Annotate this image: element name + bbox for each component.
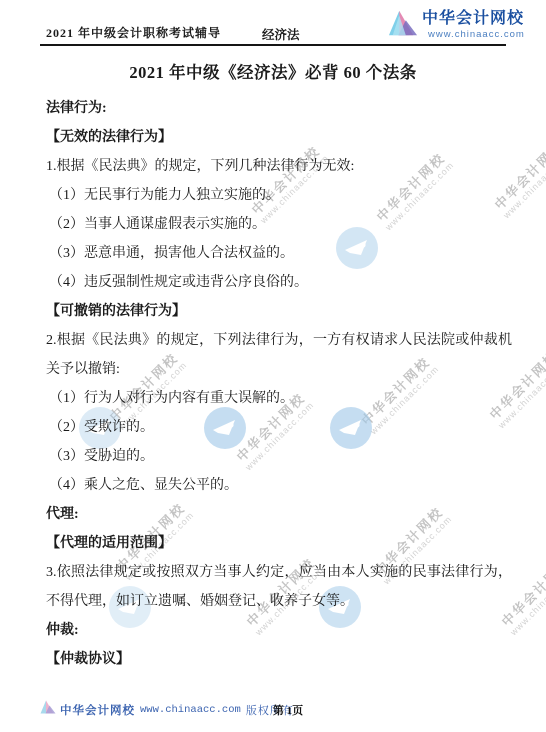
footer-logo-icon bbox=[40, 700, 56, 719]
footer-site-name: 中华会计网校 bbox=[60, 702, 135, 718]
header-divider bbox=[40, 44, 506, 46]
section-label: 仲裁: bbox=[46, 616, 512, 645]
list-item: （2）当事人通谋虚假表示实施的。 bbox=[46, 210, 512, 239]
logo-url: www.chinaacc.com bbox=[422, 29, 525, 40]
list-item: （1）无民事行为能力人独立实施的。 bbox=[46, 181, 512, 210]
numbered-clause: 1.根据《民法典》的规定，下列几种法律行为无效: bbox=[46, 152, 512, 181]
footer-url: www.chinaacc.com bbox=[140, 704, 241, 716]
topic-heading: 【无效的法律行为】 bbox=[46, 123, 512, 152]
page-number: 第 1页 bbox=[258, 702, 318, 718]
section-label: 法律行为: bbox=[46, 94, 512, 123]
section-label: 代理: bbox=[46, 500, 512, 529]
topic-heading: 【仲裁协议】 bbox=[46, 645, 512, 674]
document-body: 法律行为: 【无效的法律行为】 1.根据《民法典》的规定，下列几种法律行为无效:… bbox=[46, 94, 512, 674]
logo-mountain-icon bbox=[388, 9, 418, 42]
footer: 中华会计网校 www.chinaacc.com 版权所有 第 1页 bbox=[40, 700, 506, 720]
logo-name: 中华会计网校 bbox=[422, 9, 525, 29]
list-item: （4）乘人之危、显失公平的。 bbox=[46, 471, 512, 500]
list-item: （2）受欺诈的。 bbox=[46, 413, 512, 442]
page-title: 2021 年中级《经济法》必背 60 个法条 bbox=[0, 59, 546, 83]
site-logo: 中华会计网校 www.chinaacc.com bbox=[388, 9, 525, 42]
numbered-clause: 3.依照法律规定或按照双方当事人约定，应当由本人实施的民事法律行为，不得代理，如… bbox=[46, 558, 512, 616]
list-item: （1）行为人对行为内容有重大误解的。 bbox=[46, 384, 512, 413]
list-item: （3）恶意串通，损害他人合法权益的。 bbox=[46, 239, 512, 268]
header-course-label: 2021 年中级会计职称考试辅导 bbox=[46, 24, 221, 41]
list-item: （4）违反强制性规定或违背公序良俗的。 bbox=[46, 268, 512, 297]
topic-heading: 【代理的适用范围】 bbox=[46, 529, 512, 558]
list-item: （3）受胁迫的。 bbox=[46, 442, 512, 471]
numbered-clause: 2.根据《民法典》的规定，下列法律行为，一方有权请求人民法院或仲裁机关予以撤销: bbox=[46, 326, 512, 384]
document-page: 中华会计网校www.chinaacc.com中华会计网校www.chinaacc… bbox=[0, 0, 546, 732]
header-subject-label: 经济法 bbox=[262, 25, 300, 43]
topic-heading: 【可撤销的法律行为】 bbox=[46, 297, 512, 326]
